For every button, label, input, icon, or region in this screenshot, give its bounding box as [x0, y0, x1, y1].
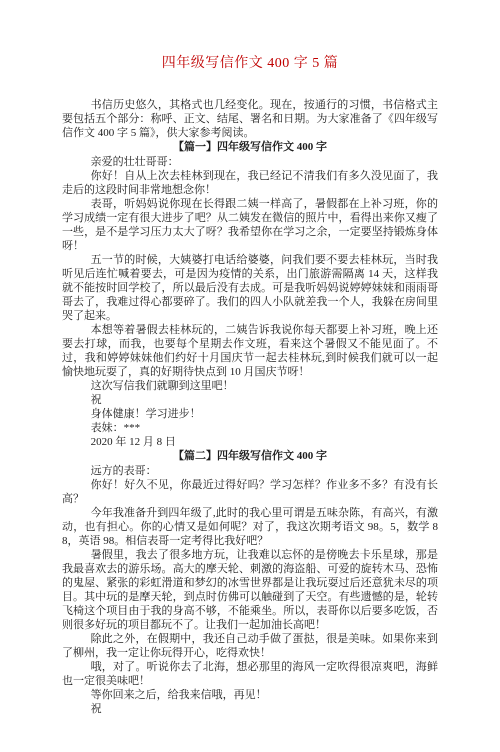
intro-paragraph: 书信历史悠久，其格式也几经变化。现在，按通行的习惯，书信格式主要包括五个部分：称…: [62, 98, 438, 140]
letter-paragraph: 今年我准备升到四年级了,此时的我心里可谓是五味杂陈，有高兴，有激动，也有担心。你…: [62, 506, 438, 548]
section-heading: 【篇一】四年级写信作文 400 字: [62, 140, 438, 155]
letter-paragraph: 本想等着暑假去桂林玩的，二姨告诉我说你每天都要上补习班，晚上还要去打球，而我，也…: [62, 323, 438, 379]
letter-paragraph: 表妹：***: [62, 421, 438, 435]
letter-paragraph: 等你回来之后，给我来信哦，再见！: [62, 688, 438, 702]
letter-paragraph: 表哥，听妈妈说你现在长得跟二姨一样高了，暑假都在上补习班，你的学习成绩一定有很大…: [62, 197, 438, 253]
letter-paragraph: 祝: [62, 702, 438, 716]
letter-paragraph: 亲爱的壮壮哥哥：: [62, 155, 438, 169]
letter-paragraph: 暑假里，我去了很多地方玩，让我难以忘怀的是傍晚去卡乐星球，那是我最喜欢去的游乐场…: [62, 548, 438, 632]
letter-paragraph: 你好！好久不见，你最近过得好吗？学习怎样？作业多不多？有没有长高？: [62, 478, 438, 506]
section-heading: 【篇二】四年级写信作文 400 字: [62, 449, 438, 464]
letter-paragraph: 除此之外，在假期中，我还自己动手做了蛋挞，很是美味。如果你来到了柳州，我一定让你…: [62, 632, 438, 660]
letter-paragraph: 这次写信我们就聊到这里吧！: [62, 379, 438, 393]
letter-paragraph: 身体健康！学习进步！: [62, 407, 438, 421]
letter-sections: 【篇一】四年级写信作文 400 字亲爱的壮壮哥哥：你好！自从上次去桂林到现在，我…: [62, 140, 438, 716]
document-page: 四年级写信作文 400 字 5 篇 书信历史悠久，其格式也几经变化。现在，按通行…: [0, 0, 500, 752]
document-title: 四年级写信作文 400 字 5 篇: [62, 54, 438, 74]
letter-paragraph: 远方的表哥：: [62, 464, 438, 478]
letter-paragraph: 祝: [62, 393, 438, 407]
letter-paragraph: 五一节的时候，大姨婆打电话给婆婆，问我们要不要去桂林玩，当时我听见后连忙喊着要去…: [62, 253, 438, 323]
letter-paragraph: 2020 年 12 月 8 日: [62, 435, 438, 449]
letter-paragraph: 哦，对了。听说你去了北海，想必那里的海风一定吹得很凉爽吧，海鲜也一定很美味吧！: [62, 660, 438, 688]
letter-paragraph: 你好！自从上次去桂林到现在，我已经记不清我们有多久没见面了，我走后的这段时间非常…: [62, 169, 438, 197]
